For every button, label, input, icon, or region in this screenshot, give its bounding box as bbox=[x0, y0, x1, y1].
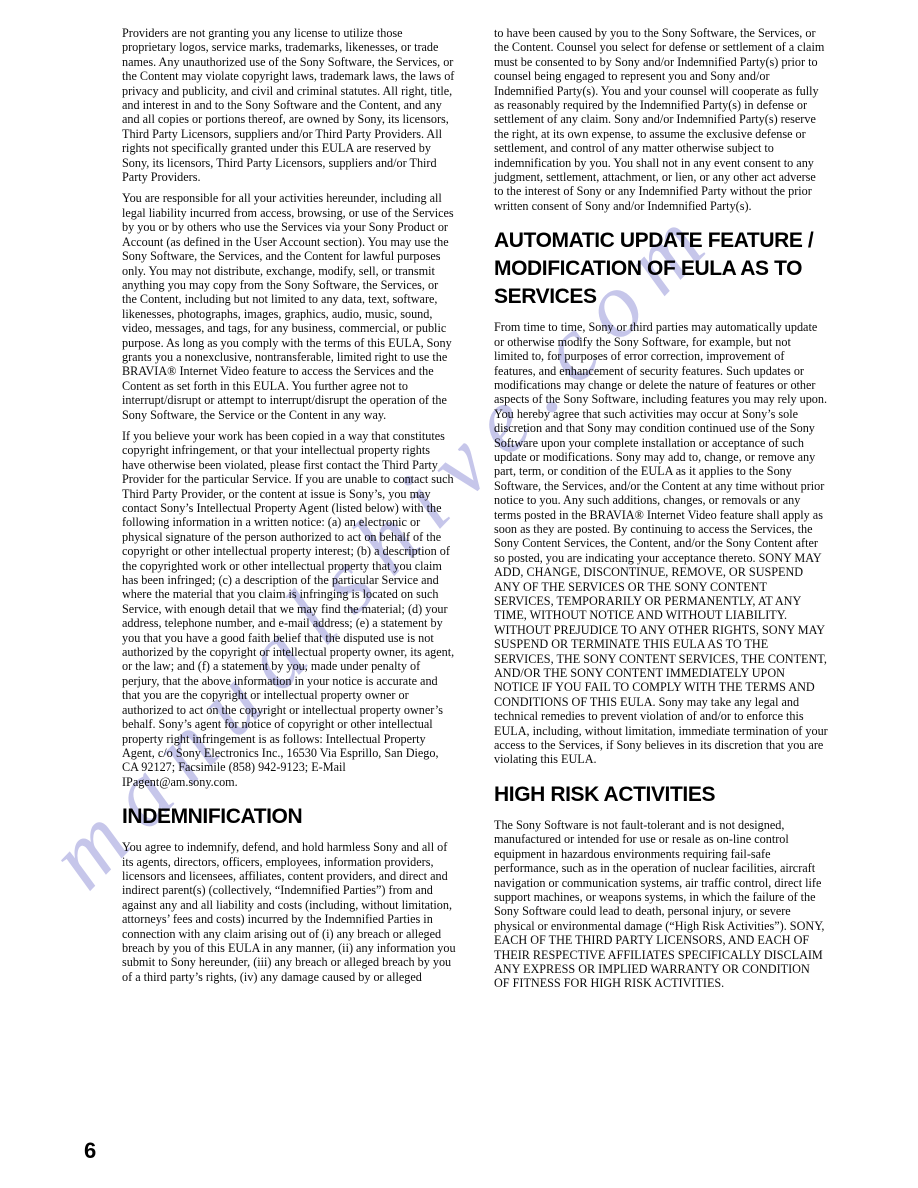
page-number: 6 bbox=[84, 1138, 96, 1164]
left-column: Providers are not granting you any licen… bbox=[122, 26, 456, 998]
right-column: to have been caused by you to the Sony S… bbox=[494, 26, 828, 998]
heading-high-risk: HIGH RISK ACTIVITIES bbox=[494, 781, 828, 809]
heading-automatic-update: AUTOMATIC UPDATE FEATURE / MODIFICATION … bbox=[494, 227, 828, 311]
indemnification-paragraph: You agree to indemnify, defend, and hold… bbox=[122, 840, 456, 984]
automatic-update-paragraph: From time to time, Sony or third parties… bbox=[494, 320, 828, 767]
copyright-infringement-notice-paragraph: If you believe your work has been copied… bbox=[122, 429, 456, 789]
high-risk-activities-paragraph: The Sony Software is not fault-tolerant … bbox=[494, 818, 828, 991]
indemnification-continued-paragraph: to have been caused by you to the Sony S… bbox=[494, 26, 828, 213]
manual-page: manualshive.com Providers are not granti… bbox=[0, 0, 918, 1188]
user-responsibility-paragraph: You are responsible for all your activit… bbox=[122, 191, 456, 422]
page-content: Providers are not granting you any licen… bbox=[0, 0, 918, 998]
licensing-restrictions-paragraph: Providers are not granting you any licen… bbox=[122, 26, 456, 184]
heading-indemnification: INDEMNIFICATION bbox=[122, 803, 456, 831]
